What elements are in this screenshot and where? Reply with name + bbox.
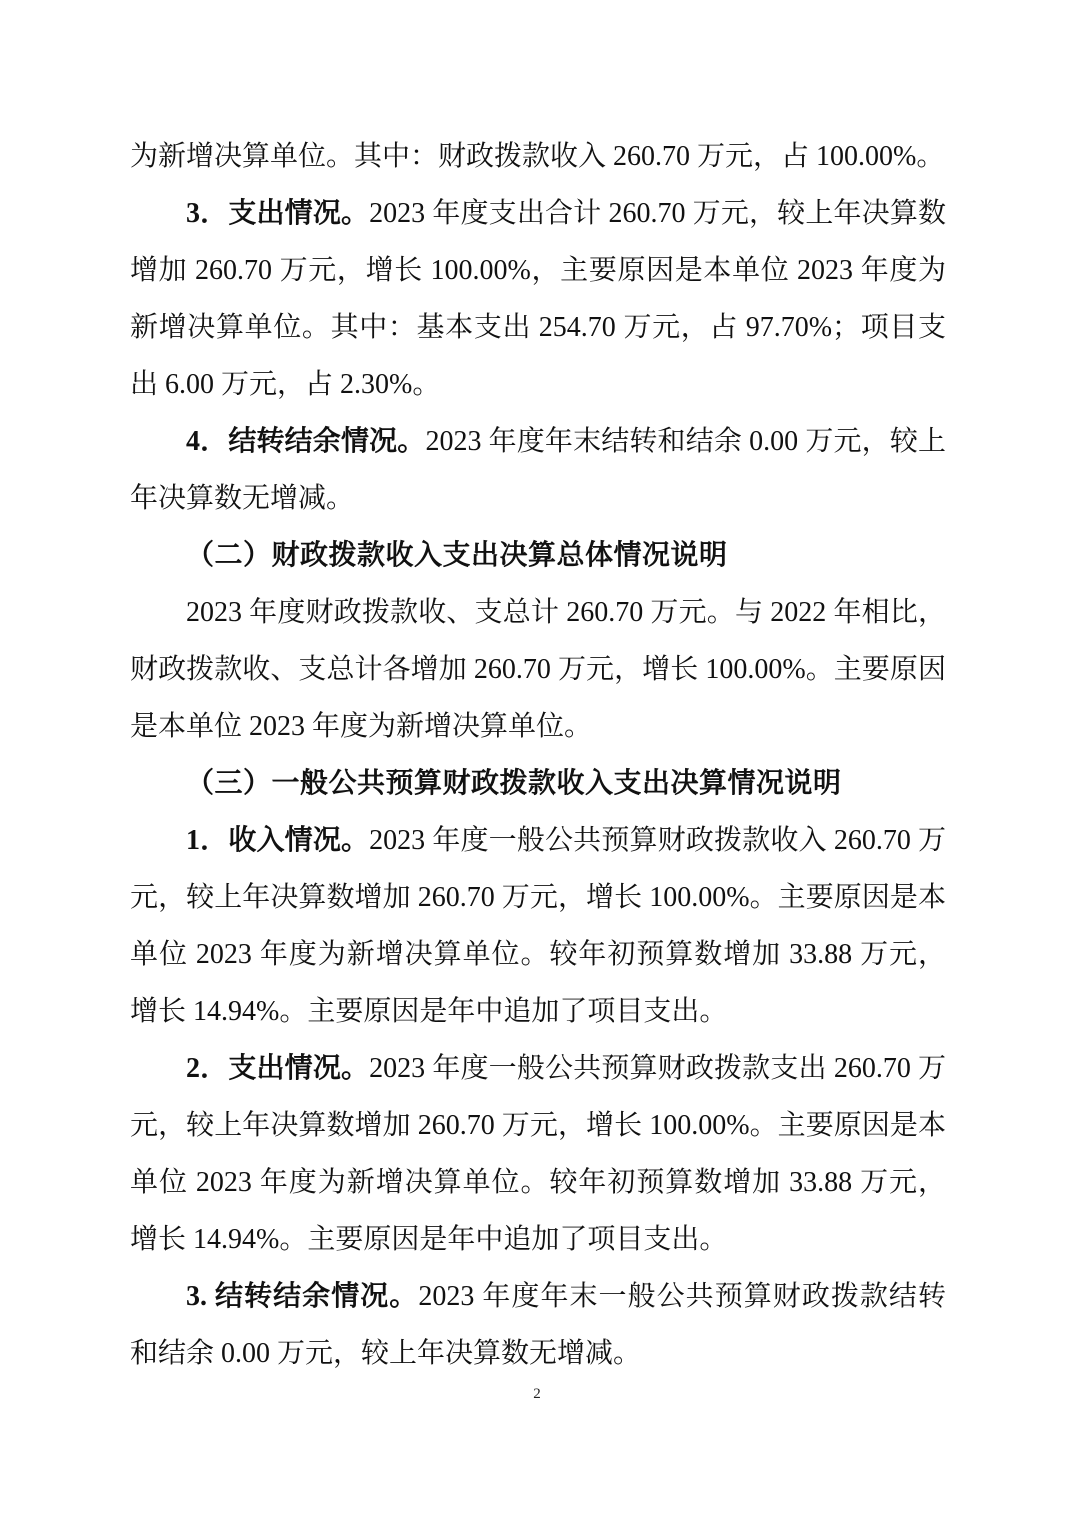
paragraph-lead: 3. 结转结余情况。	[186, 1281, 418, 1312]
paragraph-fiscal-overview: 2023 年度财政拨款收、支总计 260.70 万元。与 2022 年相比，财政…	[130, 584, 946, 755]
paragraph-text: 为新增决算单位。其中：财政拨款收入 260.70 万元，占 100.00%。	[130, 141, 944, 172]
page-number: 2	[0, 1386, 1074, 1403]
paragraph-general-income: 1．收入情况。2023 年度一般公共预算财政拨款收入 260.70 万元，较上年…	[130, 812, 946, 1040]
paragraph-lead: 3．支出情况。	[186, 198, 369, 229]
document-page: 为新增决算单位。其中：财政拨款收入 260.70 万元，占 100.00%。 3…	[130, 128, 946, 1382]
paragraph-carryover: 4．结转结余情况。2023 年度年末结转和结余 0.00 万元，较上年决算数无增…	[130, 413, 946, 527]
paragraph-lead: 2．支出情况。	[186, 1053, 369, 1084]
paragraph-general-expenditure: 2．支出情况。2023 年度一般公共预算财政拨款支出 260.70 万元，较上年…	[130, 1040, 946, 1268]
section-heading-general-budget: （三）一般公共预算财政拨款收入支出决算情况说明	[130, 755, 946, 812]
paragraph-lead: 4．结转结余情况。	[186, 426, 425, 457]
paragraph-text: 2023 年度财政拨款收、支总计 260.70 万元。与 2022 年相比，财政…	[130, 597, 946, 742]
paragraph-expenditure: 3．支出情况。2023 年度支出合计 260.70 万元，较上年决算数增加 26…	[130, 185, 946, 413]
paragraph-lead: 1．收入情况。	[186, 825, 369, 856]
section-heading-fiscal-overview: （二）财政拨款收入支出决算总体情况说明	[130, 527, 946, 584]
paragraph-income-continuation: 为新增决算单位。其中：财政拨款收入 260.70 万元，占 100.00%。	[130, 128, 946, 185]
paragraph-general-carryover: 3. 结转结余情况。2023 年度年末一般公共预算财政拨款结转和结余 0.00 …	[130, 1268, 946, 1382]
